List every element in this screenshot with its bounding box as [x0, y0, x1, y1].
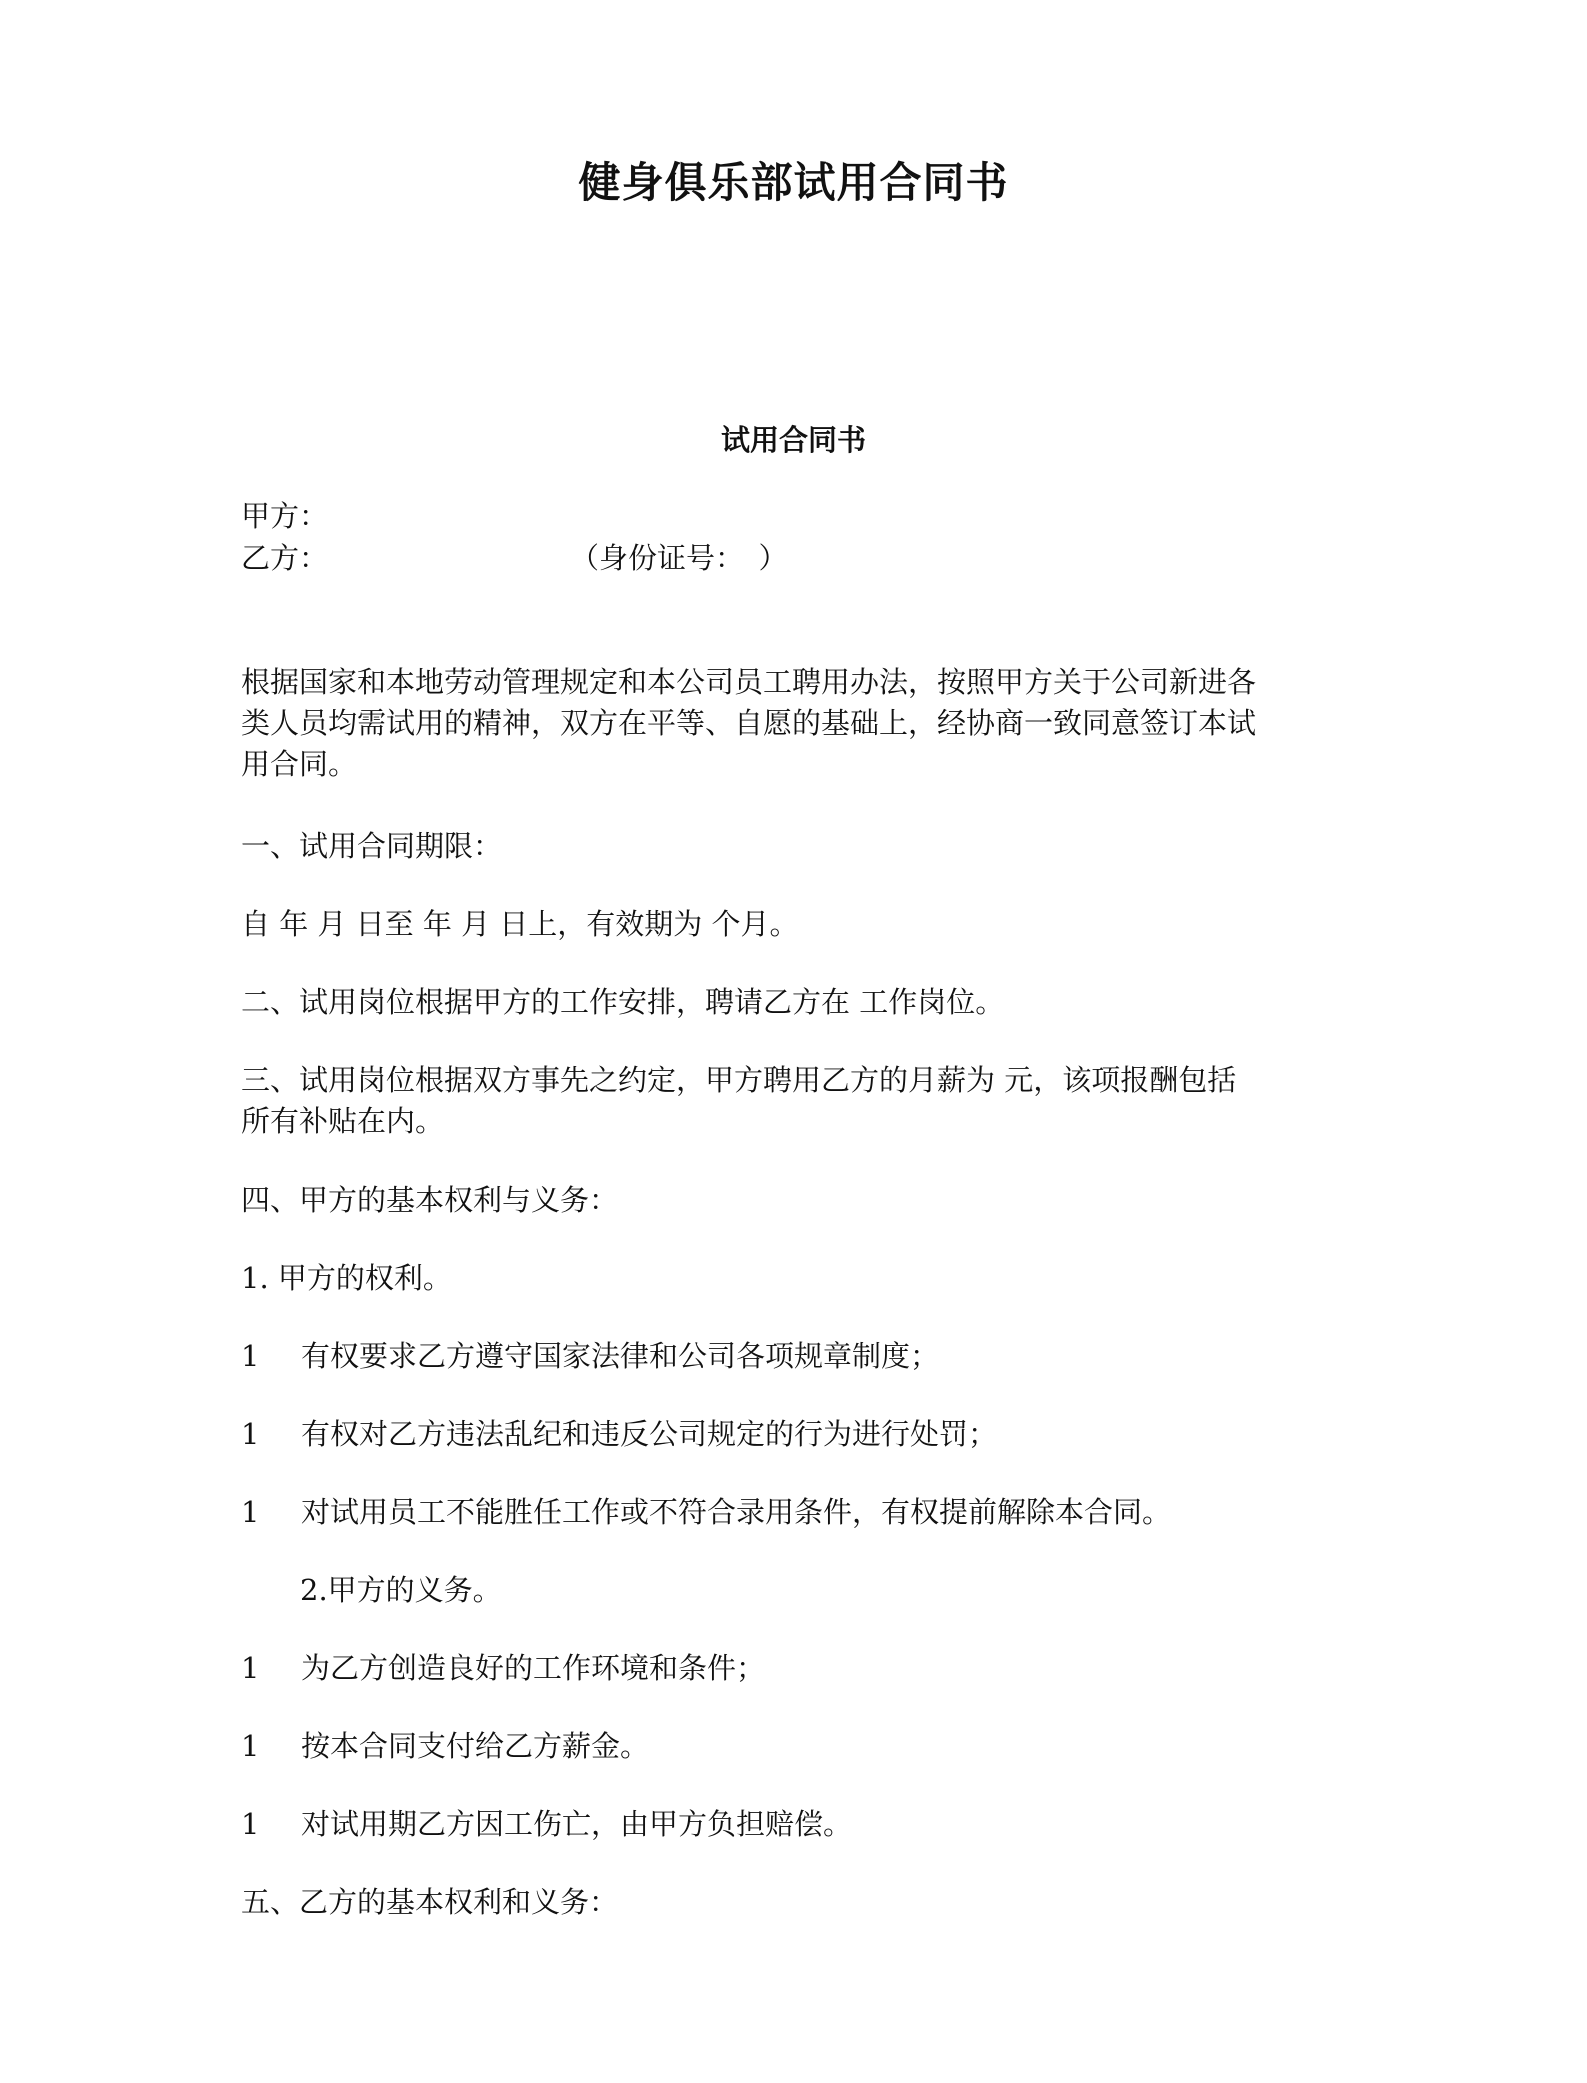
section-5-heading: 五、乙方的基本权利和义务： [241, 1882, 618, 1922]
preamble-line: 类人员均需试用的精神，双方在平等、自愿的基础上，经协商一致同意签订本试 [241, 703, 1361, 744]
party-a-label: 甲方： [241, 496, 328, 536]
section-2: 二、试用岗位根据甲方的工作安排，聘请乙方在 工作岗位。 [241, 982, 1004, 1022]
document-page: 健身俱乐部试用合同书 试用合同书 甲方： 乙方： （身份证号： ） 根据国家和本… [0, 0, 1587, 2083]
section-3: 三、试用岗位根据双方事先之约定，甲方聘用乙方的月薪为 元，该项报酬包括 所有补贴… [241, 1060, 1361, 1142]
preamble: 根据国家和本地劳动管理规定和本公司员工聘用办法，按照甲方关于公司新进各 类人员均… [241, 662, 1361, 785]
list-bullet: 1 [241, 1414, 301, 1454]
list-text: 有权对乙方违法乱纪和违反公司规定的行为进行处罚； [301, 1417, 997, 1451]
list-text: 有权要求乙方遵守国家法律和公司各项规章制度； [301, 1339, 939, 1373]
party-b-label: 乙方： [241, 541, 328, 575]
rights-heading: 1. 甲方的权利。 [241, 1258, 452, 1298]
section-3-line: 三、试用岗位根据双方事先之约定，甲方聘用乙方的月薪为 元，该项报酬包括 [241, 1060, 1361, 1101]
rights-item: 1对试用员工不能胜任工作或不符合录用条件，有权提前解除本合同。 [241, 1492, 1171, 1532]
party-b-row: 乙方： （身份证号： ） [241, 538, 1441, 578]
section-3-line: 所有补贴在内。 [241, 1101, 1361, 1142]
list-text: 对试用期乙方因工伤亡，由甲方负担赔偿。 [301, 1807, 852, 1841]
document-subtitle: 试用合同书 [0, 418, 1587, 459]
section-1-body: 自 年 月 日至 年 月 日上，有效期为 个月。 [241, 904, 799, 944]
duties-item: 1按本合同支付给乙方薪金。 [241, 1726, 649, 1766]
list-bullet: 1 [241, 1492, 301, 1532]
rights-item: 1有权对乙方违法乱纪和违反公司规定的行为进行处罚； [241, 1414, 997, 1454]
rights-item: 1有权要求乙方遵守国家法律和公司各项规章制度； [241, 1336, 939, 1376]
list-text: 按本合同支付给乙方薪金。 [301, 1729, 649, 1763]
list-bullet: 1 [241, 1804, 301, 1844]
preamble-line: 根据国家和本地劳动管理规定和本公司员工聘用办法，按照甲方关于公司新进各 [241, 662, 1361, 703]
list-text: 为乙方创造良好的工作环境和条件； [301, 1651, 765, 1685]
duties-item: 1对试用期乙方因工伤亡，由甲方负担赔偿。 [241, 1804, 852, 1844]
document-title: 健身俱乐部试用合同书 [0, 150, 1587, 210]
duties-heading: 2.甲方的义务。 [300, 1570, 502, 1610]
list-bullet: 1 [241, 1336, 301, 1376]
duties-item: 1为乙方创造良好的工作环境和条件； [241, 1648, 765, 1688]
section-1-heading: 一、试用合同期限： [241, 826, 502, 866]
preamble-line: 用合同。 [241, 744, 1361, 785]
section-4-heading: 四、甲方的基本权利与义务： [241, 1180, 618, 1220]
list-bullet: 1 [241, 1648, 301, 1688]
list-bullet: 1 [241, 1726, 301, 1766]
list-text: 对试用员工不能胜任工作或不符合录用条件，有权提前解除本合同。 [301, 1495, 1171, 1529]
id-number-label: （身份证号： ） [570, 538, 788, 578]
